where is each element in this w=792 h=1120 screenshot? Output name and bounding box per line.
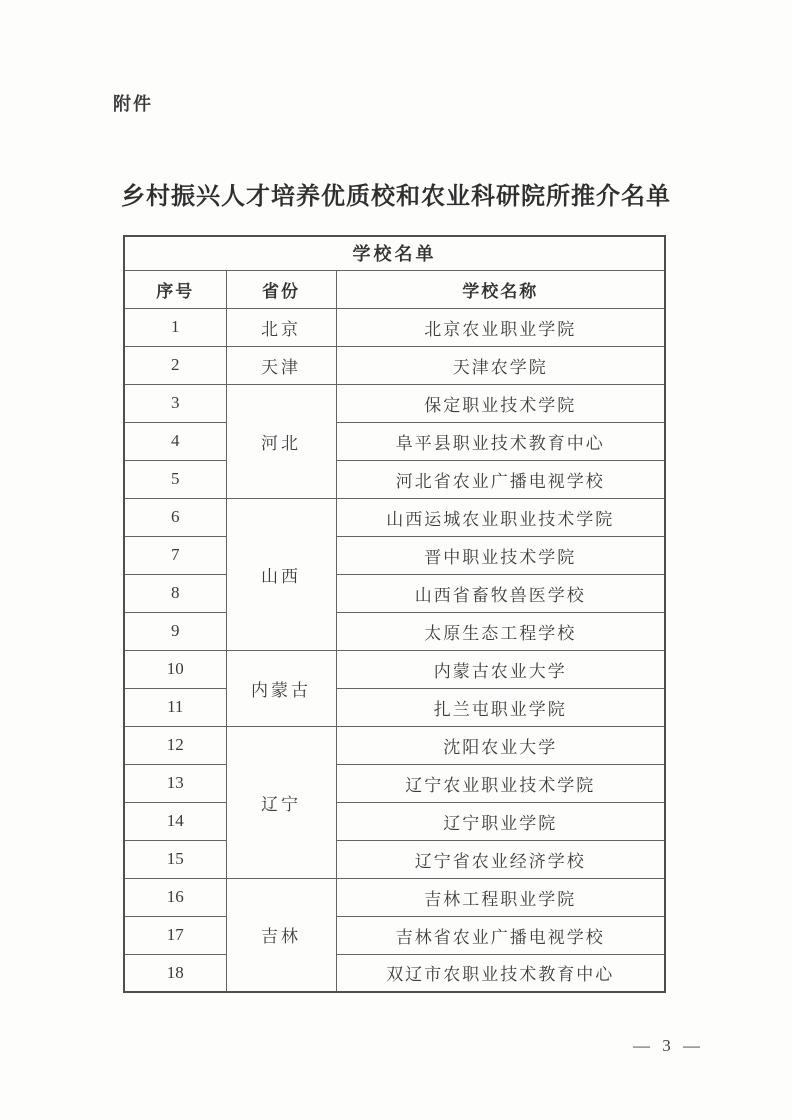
table-row: 15辽宁省农业经济学校 xyxy=(124,840,665,878)
table-row: 9太原生态工程学校 xyxy=(124,612,665,650)
row-number-cell: 9 xyxy=(124,612,226,650)
row-number-cell: 10 xyxy=(124,650,226,688)
table-row: 8山西省畜牧兽医学校 xyxy=(124,574,665,612)
province-cell: 河北 xyxy=(226,384,336,498)
table-row: 16吉林吉林工程职业学院 xyxy=(124,878,665,916)
document-page: 附件 乡村振兴人才培养优质校和农业科研院所推介名单 学校名单 序号 省份 学校名… xyxy=(0,0,792,1120)
row-number-cell: 18 xyxy=(124,954,226,992)
school-name-cell: 保定职业技术学院 xyxy=(336,384,665,422)
row-number-cell: 15 xyxy=(124,840,226,878)
school-name-cell: 辽宁职业学院 xyxy=(336,802,665,840)
row-number-cell: 5 xyxy=(124,460,226,498)
table-row: 1北京北京农业职业学院 xyxy=(124,308,665,346)
row-number-cell: 4 xyxy=(124,422,226,460)
table-row: 3河北保定职业技术学院 xyxy=(124,384,665,422)
page-number: — 3 — xyxy=(633,1036,704,1056)
school-table-body: 1北京北京农业职业学院2天津天津农学院3河北保定职业技术学院4阜平县职业技术教育… xyxy=(124,308,665,992)
table-row: 5河北省农业广播电视学校 xyxy=(124,460,665,498)
row-number-cell: 7 xyxy=(124,536,226,574)
table-row: 17吉林省农业广播电视学校 xyxy=(124,916,665,954)
school-name-cell: 辽宁省农业经济学校 xyxy=(336,840,665,878)
document-title: 乡村振兴人才培养优质校和农业科研院所推介名单 xyxy=(0,176,792,211)
school-name-cell: 吉林省农业广播电视学校 xyxy=(336,916,665,954)
table-row: 2天津天津农学院 xyxy=(124,346,665,384)
table-row: 18双辽市农职业技术教育中心 xyxy=(124,954,665,992)
row-number-cell: 16 xyxy=(124,878,226,916)
table-caption-row: 学校名单 xyxy=(124,236,665,270)
province-cell: 吉林 xyxy=(226,878,336,992)
row-number-cell: 2 xyxy=(124,346,226,384)
table-header-row: 序号 省份 学校名称 xyxy=(124,270,665,308)
school-name-cell: 阜平县职业技术教育中心 xyxy=(336,422,665,460)
school-name-cell: 太原生态工程学校 xyxy=(336,612,665,650)
school-name-cell: 沈阳农业大学 xyxy=(336,726,665,764)
school-name-cell: 山西省畜牧兽医学校 xyxy=(336,574,665,612)
school-name-cell: 河北省农业广播电视学校 xyxy=(336,460,665,498)
row-number-cell: 17 xyxy=(124,916,226,954)
school-name-cell: 北京农业职业学院 xyxy=(336,308,665,346)
province-cell: 天津 xyxy=(226,346,336,384)
attachment-label: 附件 xyxy=(113,90,153,116)
school-name-cell: 双辽市农职业技术教育中心 xyxy=(336,954,665,992)
row-number-cell: 3 xyxy=(124,384,226,422)
province-cell: 内蒙古 xyxy=(226,650,336,726)
table-caption: 学校名单 xyxy=(124,236,665,270)
school-table-wrap: 学校名单 序号 省份 学校名称 1北京北京农业职业学院2天津天津农学院3河北保定… xyxy=(123,235,666,993)
col-header-school: 学校名称 xyxy=(336,270,665,308)
province-cell: 辽宁 xyxy=(226,726,336,878)
table-row: 10内蒙古内蒙古农业大学 xyxy=(124,650,665,688)
school-name-cell: 晋中职业技术学院 xyxy=(336,536,665,574)
school-name-cell: 吉林工程职业学院 xyxy=(336,878,665,916)
col-header-no: 序号 xyxy=(124,270,226,308)
table-row: 11扎兰屯职业学院 xyxy=(124,688,665,726)
table-row: 12辽宁沈阳农业大学 xyxy=(124,726,665,764)
row-number-cell: 11 xyxy=(124,688,226,726)
school-name-cell: 山西运城农业职业技术学院 xyxy=(336,498,665,536)
school-name-cell: 辽宁农业职业技术学院 xyxy=(336,764,665,802)
row-number-cell: 1 xyxy=(124,308,226,346)
table-row: 6山西山西运城农业职业技术学院 xyxy=(124,498,665,536)
school-name-cell: 内蒙古农业大学 xyxy=(336,650,665,688)
school-name-cell: 扎兰屯职业学院 xyxy=(336,688,665,726)
table-row: 14辽宁职业学院 xyxy=(124,802,665,840)
row-number-cell: 8 xyxy=(124,574,226,612)
province-cell: 北京 xyxy=(226,308,336,346)
province-cell: 山西 xyxy=(226,498,336,650)
school-table: 学校名单 序号 省份 学校名称 1北京北京农业职业学院2天津天津农学院3河北保定… xyxy=(123,235,666,993)
table-row: 7晋中职业技术学院 xyxy=(124,536,665,574)
row-number-cell: 12 xyxy=(124,726,226,764)
row-number-cell: 14 xyxy=(124,802,226,840)
row-number-cell: 13 xyxy=(124,764,226,802)
table-row: 13辽宁农业职业技术学院 xyxy=(124,764,665,802)
table-row: 4阜平县职业技术教育中心 xyxy=(124,422,665,460)
row-number-cell: 6 xyxy=(124,498,226,536)
col-header-province: 省份 xyxy=(226,270,336,308)
school-name-cell: 天津农学院 xyxy=(336,346,665,384)
